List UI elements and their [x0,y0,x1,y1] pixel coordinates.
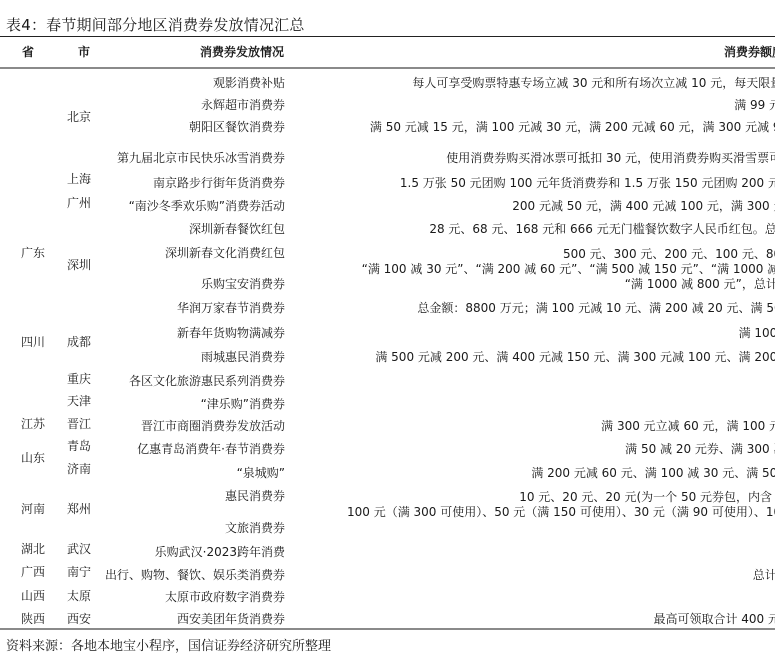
amount-line: 最高可领取合计 400 元的消费券包 [300,612,775,627]
program-cell: 雨城惠民消费券 [201,350,285,365]
table-title: 表4：春节期间部分地区消费券发放情况汇总 [6,14,305,35]
amount-cell: 满 99 元立减 30 元 [300,98,775,113]
amount-cell: 满 200 元减 60 元、满 100 减 30 元、满 50 元减 10 元 [300,466,775,481]
program-cell: 太原市政府数字消费券 [165,590,285,605]
city-cell: 南宁 [64,565,94,580]
amount-line: 每人可享受购票特惠专场立减 30 元和所有场次立减 10 元，每天限量 4000… [300,76,775,91]
city-cell: 太原 [64,589,94,604]
program-cell: 西安美团年货消费券 [177,612,285,627]
province-cell: 河南 [18,502,48,517]
amount-line: 总计 2 亿元资金 [300,568,775,583]
amount-line: 200 元减 50 元，满 400 元减 100 元，满 300 元减 100 … [300,199,775,214]
program-cell: “南沙冬季欢乐购”消费券活动 [129,199,285,214]
amount-line: 满 100 元减 50 元 [300,326,775,341]
program-cell: 晋江市商圈消费券发放活动 [141,419,285,434]
amount-cell: 最高可领取合计 400 元的消费券包 [300,612,775,627]
program-cell: 永辉超市消费券 [201,98,285,113]
city-cell: 重庆 [64,372,94,387]
program-cell: 南京路步行街年货消费券 [153,176,285,191]
province-cell: 山东 [18,451,48,466]
program-cell: 观影消费补贴 [213,76,285,91]
table-top-rule [0,36,775,37]
province-cell: 广西 [18,565,48,580]
program-cell: 第九届北京市民快乐冰雪消费券 [117,151,285,166]
amount-cell: 满 500 元减 200 元、满 400 元减 150 元、满 300 元减 1… [300,350,775,365]
amount-cell: 满 50 元减 15 元，满 100 元减 30 元，满 200 元减 60 元… [300,120,775,135]
city-cell: 郑州 [64,502,94,517]
province-cell: 湖北 [18,542,48,557]
program-cell: 深圳新春餐饮红包 [189,222,285,237]
amount-cell: 总金额：8800 万元；满 100 元减 10 元、满 200 减 20 元、满… [300,301,775,316]
amount-line: 使用消费券购买滑冰票可抵扣 30 元，使用消费券购买滑雪票可抵扣 80 元 [300,151,775,166]
city-cell: 天津 [64,394,94,409]
city-cell: 晋江 [64,417,94,432]
amount-line: 满 200 元减 60 元、满 100 减 30 元、满 50 元减 10 元 [300,466,775,481]
amount-line: 28 元、68 元、168 元和 666 元无门槛餐饮数字人民币红包。总金额 1… [300,222,775,237]
amount-line: 满 50 元减 15 元，满 100 元减 30 元，满 200 元减 60 元… [300,120,775,135]
program-cell: 出行、购物、餐饮、娱乐类消费券 [105,568,285,583]
program-cell: 华润万家春节消费券 [177,301,285,316]
program-cell: 乐购武汉·2023跨年消费 [155,545,285,560]
city-cell: 深圳 [64,258,94,273]
amount-cell: 满 100 元减 50 元 [300,326,775,341]
amount-line: 总金额：8800 万元；满 100 元减 10 元、满 200 减 20 元、满… [300,301,775,316]
city-cell: 成都 [64,335,94,350]
program-cell: 亿惠青岛消费年·春节消费券 [137,442,285,457]
city-cell: 青岛 [64,439,94,454]
amount-cell: 500 元、300 元、200 元、100 元、80 元、60 元“满 100 … [300,247,775,292]
city-cell: 上海 [64,172,94,187]
amount-cell: 10 元、20 元、20 元(为一个 50 元券包，内含 3 张消费券)100 … [300,490,775,535]
city-cell: 广州 [64,196,94,211]
program-cell: “泉城购” [237,466,285,481]
program-cell: 新春年货购物满减券 [177,326,285,341]
amount-line: 满 300 元立减 60 元，满 100 元立减 20 元 [300,419,775,434]
city-cell: 北京 [64,110,94,125]
province-cell: 江苏 [18,417,48,432]
header-amount: 消费券额度 [724,44,775,60]
amount-line: 500 元、300 元、200 元、100 元、80 元、60 元 [300,247,775,262]
amount-cell: 200 元减 50 元，满 400 元减 100 元，满 300 元减 100 … [300,199,775,214]
province-cell: 山西 [18,589,48,604]
amount-line: 满 99 元立减 30 元 [300,98,775,113]
amount-cell: 满 300 元立减 60 元，满 100 元立减 20 元 [300,419,775,434]
city-cell: 武汉 [64,542,94,557]
amount-line: 100 元（满 300 可使用）、50 元（满 150 可使用）、30 元（满 … [300,505,775,520]
amount-line: 可使用） [300,520,775,535]
amount-cell: 1.5 万张 50 元团购 100 元年货消费券和 1.5 万张 150 元团购… [300,176,775,191]
city-cell: 济南 [64,462,94,477]
program-cell: 文旅消费券 [225,521,285,536]
amount-line: 满 50 减 20 元券、满 300 减 100 元券 [300,442,775,457]
amount-line: 满 500 元减 200 元、满 400 元减 150 元、满 300 元减 1… [300,350,775,365]
province-cell: 陕西 [18,612,48,627]
amount-cell: 总计 2 亿元资金 [300,568,775,583]
amount-line: 1.5 万张 50 元团购 100 元年货消费券和 1.5 万张 150 元团购… [300,176,775,191]
program-cell: 深圳新春文化消费红包 [165,246,285,261]
amount-cell: 使用消费券购买滑冰票可抵扣 30 元，使用消费券购买滑雪票可抵扣 80 元 [300,151,775,166]
city-cell: 西安 [64,612,94,627]
header-program: 消费券发放情况 [200,44,284,60]
amount-cell: 28 元、68 元、168 元和 666 元无门槛餐饮数字人民币红包。总金额 1… [300,222,775,237]
amount-cell: 满 50 减 20 元券、满 300 减 100 元券 [300,442,775,457]
amount-cell: 每人可享受购票特惠专场立减 30 元和所有场次立减 10 元，每天限量 4000… [300,76,775,91]
header-rule [0,67,775,69]
province-cell: 广东 [18,246,48,261]
table-bottom-rule [0,628,775,630]
program-cell: 惠民消费券 [225,489,285,504]
source-note: 资料来源：各地本地宝小程序，国信证券经济研究所整理 [6,635,331,654]
program-cell: 朝阳区餐饮消费券 [189,120,285,135]
province-cell: 四川 [18,335,48,350]
program-cell: 各区文化旅游惠民系列消费券 [129,374,285,389]
amount-line: “满 1000 减 800 元”，总计 6000 万元 [300,277,775,292]
header-city: 市 [78,44,90,60]
amount-line: 10 元、20 元、20 元(为一个 50 元券包，内含 3 张消费券) [300,490,775,505]
program-cell: “津乐购”消费券 [201,397,285,412]
amount-line: “满 100 减 30 元”、“满 200 减 60 元”、“满 500 减 1… [300,262,775,277]
header-province: 省 [22,44,34,60]
program-cell: 乐购宝安消费券 [201,277,285,292]
